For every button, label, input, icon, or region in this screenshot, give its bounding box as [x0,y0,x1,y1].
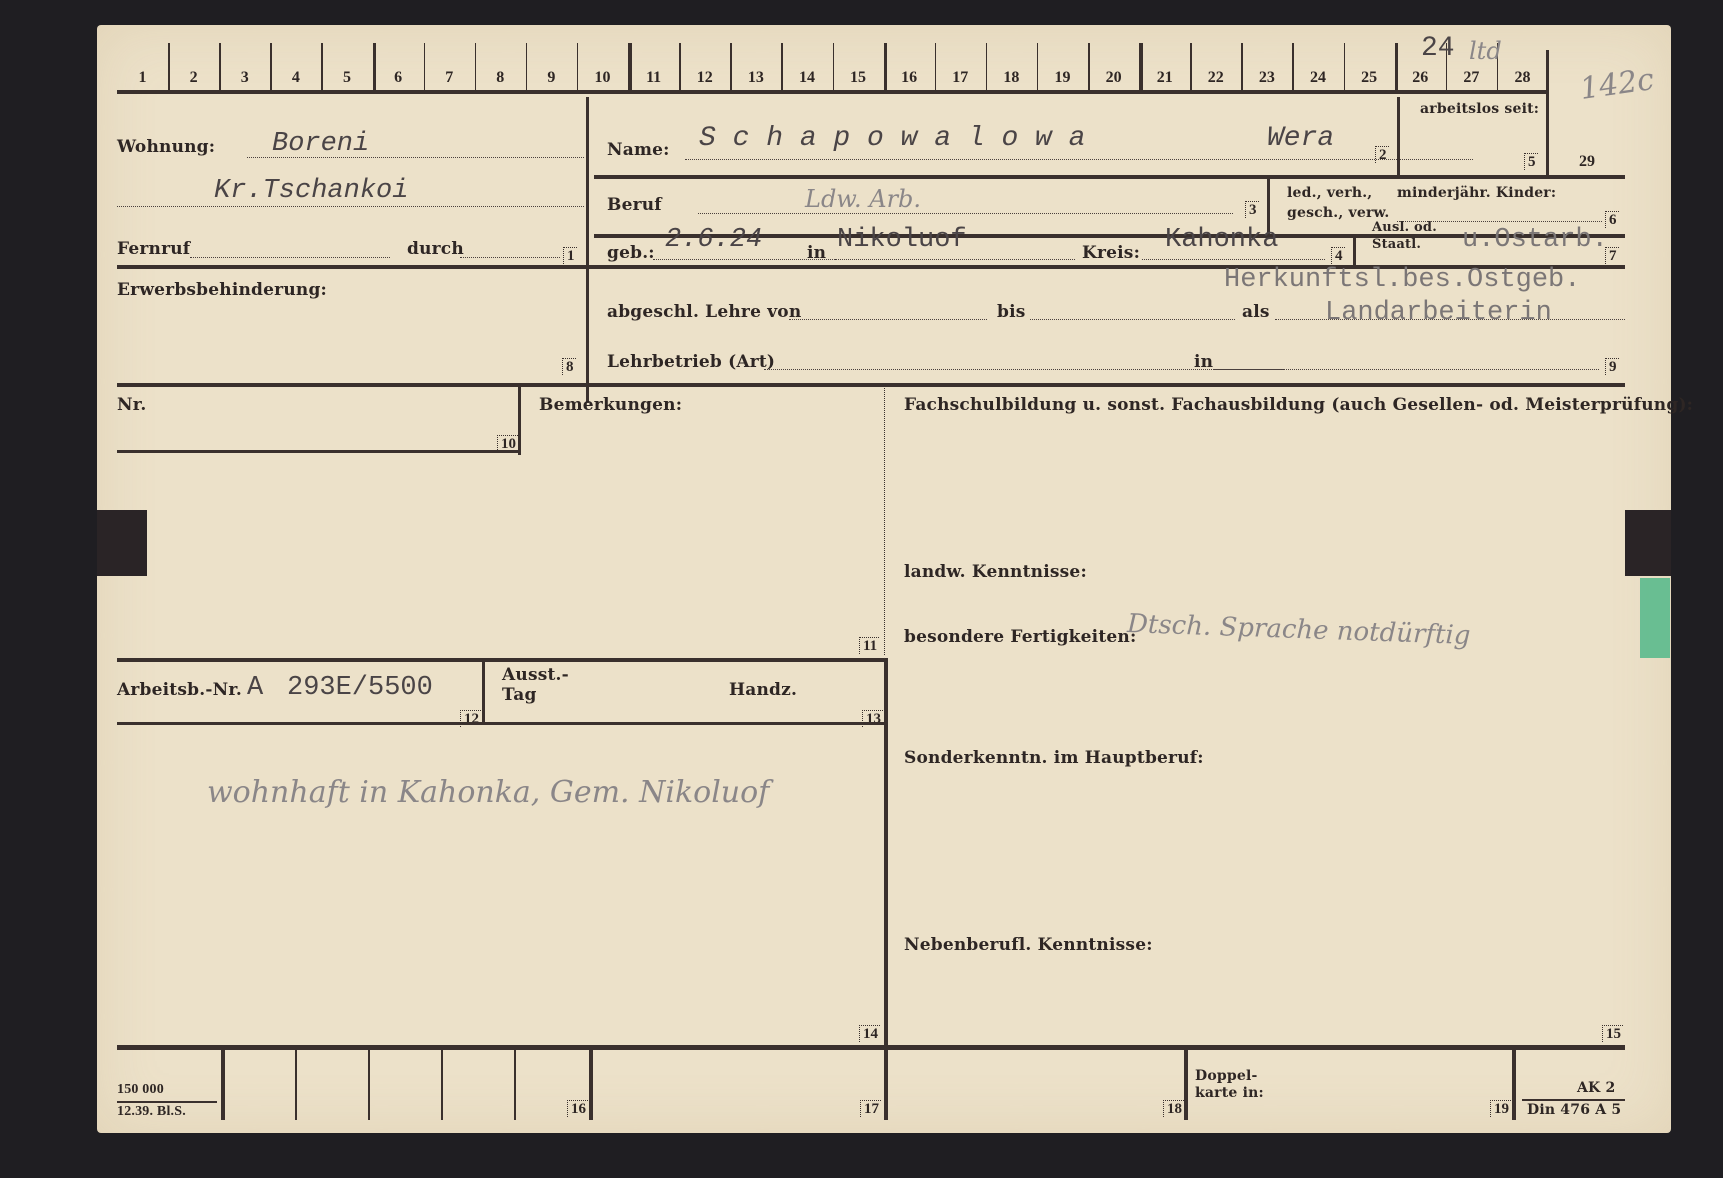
name-line [685,159,1473,160]
footer-div-a [221,1050,225,1120]
arbeitslos-label: arbeitslos seit: [1420,101,1539,117]
ruler-tick [219,43,221,91]
column-number: 3 [225,69,265,87]
ruler-tick [833,43,835,91]
nr-divider [518,385,521,455]
beruf-label: Beruf [607,195,662,215]
divider-name-beruf [594,175,1625,179]
employment-record-card: 1234567891011121314151617181920212223242… [97,25,1671,1133]
fernruf-label: Fernruf [117,239,190,259]
name-arbeitslos-divider [1397,97,1400,175]
ruler-tick [577,43,579,91]
footer-div-b [295,1050,297,1120]
column-number: 9 [531,69,571,87]
column-number: 18 [991,69,1031,87]
geb-label: geb.: [607,243,655,263]
lehrbetrieb-in-label: in [1194,352,1213,372]
form-code: AK 2 [1577,1080,1615,1096]
divider-arbeitsbuch-top [117,658,887,662]
arbeitsbuch-number: 293E/5500 [287,673,433,703]
green-marker [1640,578,1670,658]
field-box-7: 7 [1605,247,1619,264]
minor-children-label: minderjähr. Kinder: [1397,185,1556,201]
wohnung-value-2: Kr.Tschankoi [214,176,408,206]
ruler-tick [1241,43,1243,91]
ruler-tick [730,43,732,91]
ausst-label-2: Tag [502,685,537,705]
ruler-tick [1395,43,1399,91]
kreis-value: Kahonka [1165,225,1278,255]
print-code-rule [117,1101,217,1103]
column-number: 6 [378,69,418,87]
print-run: 150 000 [117,1082,164,1098]
field-box-1: 1 [563,247,577,264]
ausst-label-1: Ausst.- [502,665,569,685]
ausl-label-1: Ausl. od. [1372,220,1437,235]
column-number: 16 [889,69,929,87]
doppelkarte-label-2: karte in: [1195,1085,1264,1101]
column-number: 4 [276,69,316,87]
footer-div-e [514,1050,516,1120]
field-box-2: 2 [1375,146,1389,163]
field-box-17: 17 [860,1100,881,1117]
column-number: 7 [429,69,469,87]
column-number: 14 [787,69,827,87]
in-label: in [807,243,826,263]
field-box-5: 5 [1524,153,1538,170]
ruler-tick [373,43,377,91]
nr-underline [117,450,519,453]
arbeitsbuch-prefix: A [247,673,263,703]
handwritten-note: wohnhaft in Kahonka, Gem. Nikoluof [207,775,769,810]
column-number: 17 [940,69,980,87]
column-number: 1 [123,69,163,87]
column-number: 12 [685,69,725,87]
column-number: 23 [1247,69,1287,87]
column-number: 10 [583,69,623,87]
lehre-von-line [789,319,987,320]
column-number: 21 [1145,69,1185,87]
column-number: 19 [1042,69,1082,87]
als-label: als [1242,302,1270,322]
durch-label: durch [407,239,464,259]
arbeitsbuch-ausst-divider [482,660,485,722]
column-number: 27 [1451,69,1491,87]
ruler-tick [1139,43,1143,91]
left-register-tab [97,510,147,576]
wohnung-line-2 [117,206,584,207]
lehre-label: abgeschl. Lehre von [607,302,801,322]
field-box-10: 10 [497,435,518,452]
handz-label: Handz. [729,680,797,700]
form-code-rule [1522,1099,1625,1101]
column-number: 13 [736,69,776,87]
field-box-3: 3 [1245,201,1259,218]
ruler-tick [1037,43,1039,91]
als-value: Landarbeiterin [1325,298,1552,328]
footer-div-f [589,1050,593,1120]
doppelkarte-label-1: Doppel- [1195,1068,1258,1084]
besondere-value: Dtsch. Sprache notdürftig [1127,609,1471,651]
birthplace-line [835,259,1075,260]
name-label: Name: [607,140,670,160]
top-number-annotation: 24 [1421,33,1455,64]
column-number: 24 [1298,69,1338,87]
column-number: 2 [174,69,214,87]
erwerbsbehinderung-label: Erwerbsbehinderung: [117,280,327,300]
footer-div-g [884,1050,888,1120]
bis-label: bis [997,302,1026,322]
ruler-tick [1190,43,1192,91]
column-number: 22 [1196,69,1236,87]
fachschul-label: Fachschulbildung u. sonst. Fachausbildun… [904,395,1693,415]
ruler-tick [475,43,477,91]
firstname-value: Wera [1267,123,1334,154]
ruler-tick [168,43,170,91]
kreis-line [1142,259,1325,260]
staatsangehoerigkeit-value: u.Ostarb. [1462,225,1608,255]
kreis-label: Kreis: [1082,243,1140,263]
print-code: 12.39. Bl.S. [117,1104,186,1120]
ruler-baseline [117,90,1548,94]
field-box-8: 8 [562,358,576,375]
beruf-value: Ldw. Arb. [805,185,921,213]
din-code: Din 476 A 5 [1527,1102,1621,1118]
birthplace-value: Nikoluof [837,225,967,255]
besondere-label: besondere Fertigkeiten: [904,627,1136,647]
field-box-18: 18 [1163,1100,1184,1117]
birth-date-value: 2.6.24 [665,225,762,255]
column-number: 15 [838,69,878,87]
footer-div-i [1512,1050,1516,1120]
upper-vertical-divider [586,97,589,403]
column-number: 25 [1349,69,1389,87]
bemerkungen-label: Bemerkungen: [539,395,682,415]
kreis-ausl-divider [1353,236,1356,268]
surname-value: S c h a p o w a l o w a [699,123,1085,154]
top-scribble: ltd [1469,37,1502,65]
nebenberuf-label: Nebenberufl. Kenntnisse: [904,935,1153,955]
column-number: 20 [1094,69,1134,87]
ruler-tick [679,43,681,91]
beruf-line [698,213,1233,214]
column-number: 28 [1502,69,1542,87]
ruler-tick [526,43,528,91]
field-box-9: 9 [1605,358,1619,375]
lower-vertical-divider [884,658,888,1073]
ruler-tick [424,43,426,91]
herkunft-note: Herkunftsl.bes.Ostgeb. [1224,265,1580,295]
field-box-4: 4 [1331,247,1345,264]
ruler-tick [781,43,783,91]
field-box-14: 14 [859,1025,880,1042]
ruler-tick [270,43,272,91]
lehrbetrieb-label: Lehrbetrieb (Art) [607,352,775,372]
ruler-tick [935,43,937,91]
corner-note: 142c [1578,62,1656,107]
field-29-number: 29 [1567,153,1607,171]
ruler-tick [1088,43,1090,91]
fernruf-line [190,257,390,258]
durch-line [460,257,560,258]
ruler-tick [321,43,323,91]
field-box-19: 19 [1490,1100,1511,1117]
field-box-15: 15 [1602,1025,1623,1042]
column-number: 26 [1400,69,1440,87]
column-number: 5 [327,69,367,87]
footer-top-line [117,1045,1625,1050]
ruler-tick [986,43,988,91]
family-status-label-1: led., verh., [1287,185,1372,201]
ausl-label-2: Staatl. [1372,237,1421,252]
wohnung-value-1: Boreni [272,129,369,159]
ruler-tick [628,43,632,91]
field-box-16: 16 [567,1100,588,1117]
nr-label: Nr. [117,395,146,415]
divider-arbeitsbuch-bottom [117,722,887,725]
arbeitsbuch-label: Arbeitsb.-Nr. [117,680,242,700]
field-box-11: 11 [859,637,879,654]
sonderkenntn-label: Sonderkenntn. im Hauptberuf: [904,748,1204,768]
lehrbetrieb-in-line [1214,369,1599,370]
wohnung-label: Wohnung: [117,137,215,157]
column-number: 11 [634,69,674,87]
col-29-divider [1546,50,1549,176]
ruler-tick [1344,43,1346,91]
footer-div-d [441,1050,443,1120]
right-register-tab [1625,510,1671,576]
column-number: 8 [480,69,520,87]
ruler-tick [884,43,888,91]
footer-div-c [368,1050,370,1120]
family-status-label-2: gesch., verw. [1287,205,1389,221]
bis-line [1030,319,1235,320]
divider-upper-lower [117,383,1625,387]
footer-div-h [1184,1050,1188,1120]
landw-label: landw. Kenntnisse: [904,562,1087,582]
remarks-dotted-divider [884,385,885,655]
ruler-tick [1292,43,1294,91]
